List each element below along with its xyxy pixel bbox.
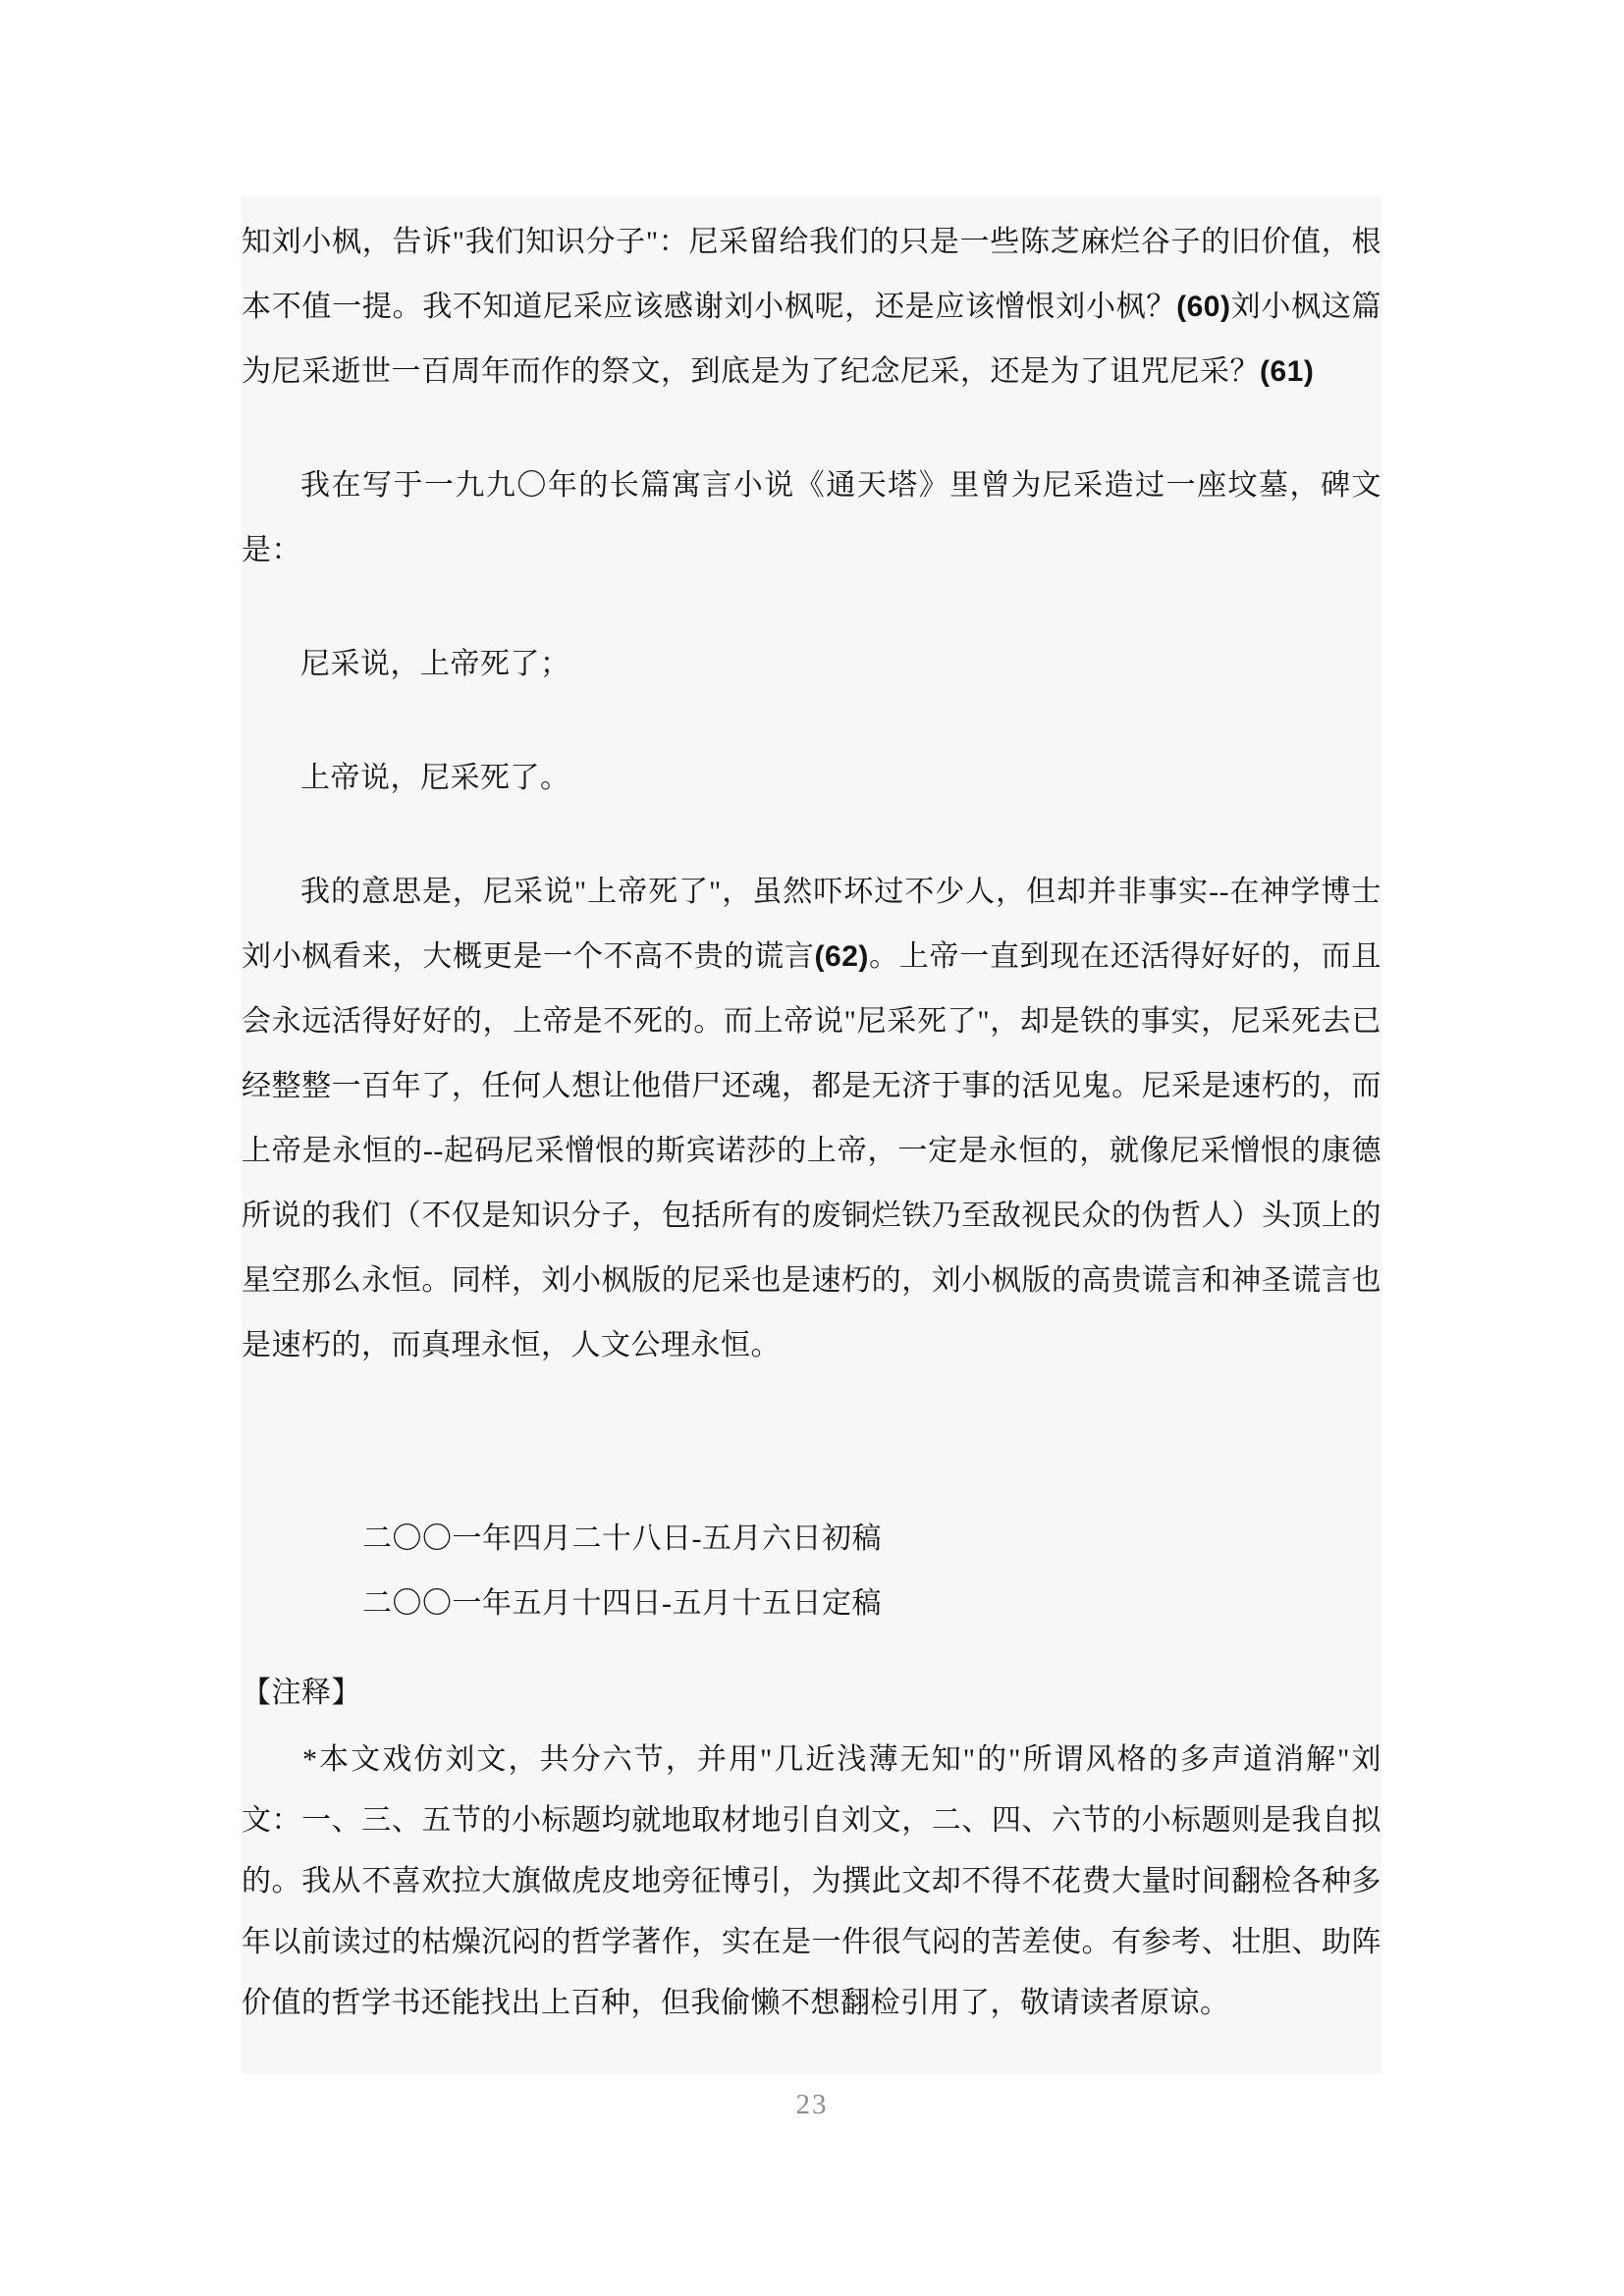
- epitaph-line-1: 尼采说，上帝死了；: [242, 632, 1381, 697]
- notes-heading: 【注释】: [242, 1661, 1381, 1726]
- text-run: 。上帝一直到现在还活得好好的，而且会永远活得好好的，上帝是不死的。而上帝说"尼采…: [242, 940, 1381, 1362]
- final-date-line: 二〇〇一年五月十四日-五月十五日定稿: [362, 1572, 1381, 1636]
- footnote-paragraph: *本文戏仿刘文，共分六节，并用"几近浅薄无知"的"所谓风格的多声道消解"刘文：一…: [242, 1730, 1381, 2034]
- epitaph-line-2: 上帝说，尼采死了。: [242, 746, 1381, 811]
- body-paragraph: 知刘小枫，告诉"我们知识分子"：尼采留给我们的只是一些陈芝麻烂谷子的旧价值，根本…: [242, 210, 1381, 404]
- footnote-ref-61: (61): [1260, 355, 1314, 388]
- draft-date-line: 二〇〇一年四月二十八日-五月六日初稿: [362, 1507, 1381, 1572]
- footnote-ref-62: (62): [815, 940, 869, 973]
- footnote-ref-60: (60): [1176, 291, 1230, 323]
- document-page: 知刘小枫，告诉"我们知识分子"：尼采留给我们的只是一些陈芝麻烂谷子的旧价值，根本…: [0, 0, 1624, 2296]
- body-paragraph: 我的意思是，尼采说"上帝死了"，虽然吓坏过不少人，但却并非事实--在神学博士刘小…: [242, 860, 1381, 1378]
- body-paragraph: 我在写于一九九〇年的长篇寓言小说《通天塔》里曾为尼采造过一座坟墓，碑文是：: [242, 454, 1381, 583]
- page-number: 23: [0, 2089, 1624, 2121]
- text-block: 知刘小枫，告诉"我们知识分子"：尼采留给我们的只是一些陈芝麻烂谷子的旧价值，根本…: [242, 196, 1381, 2074]
